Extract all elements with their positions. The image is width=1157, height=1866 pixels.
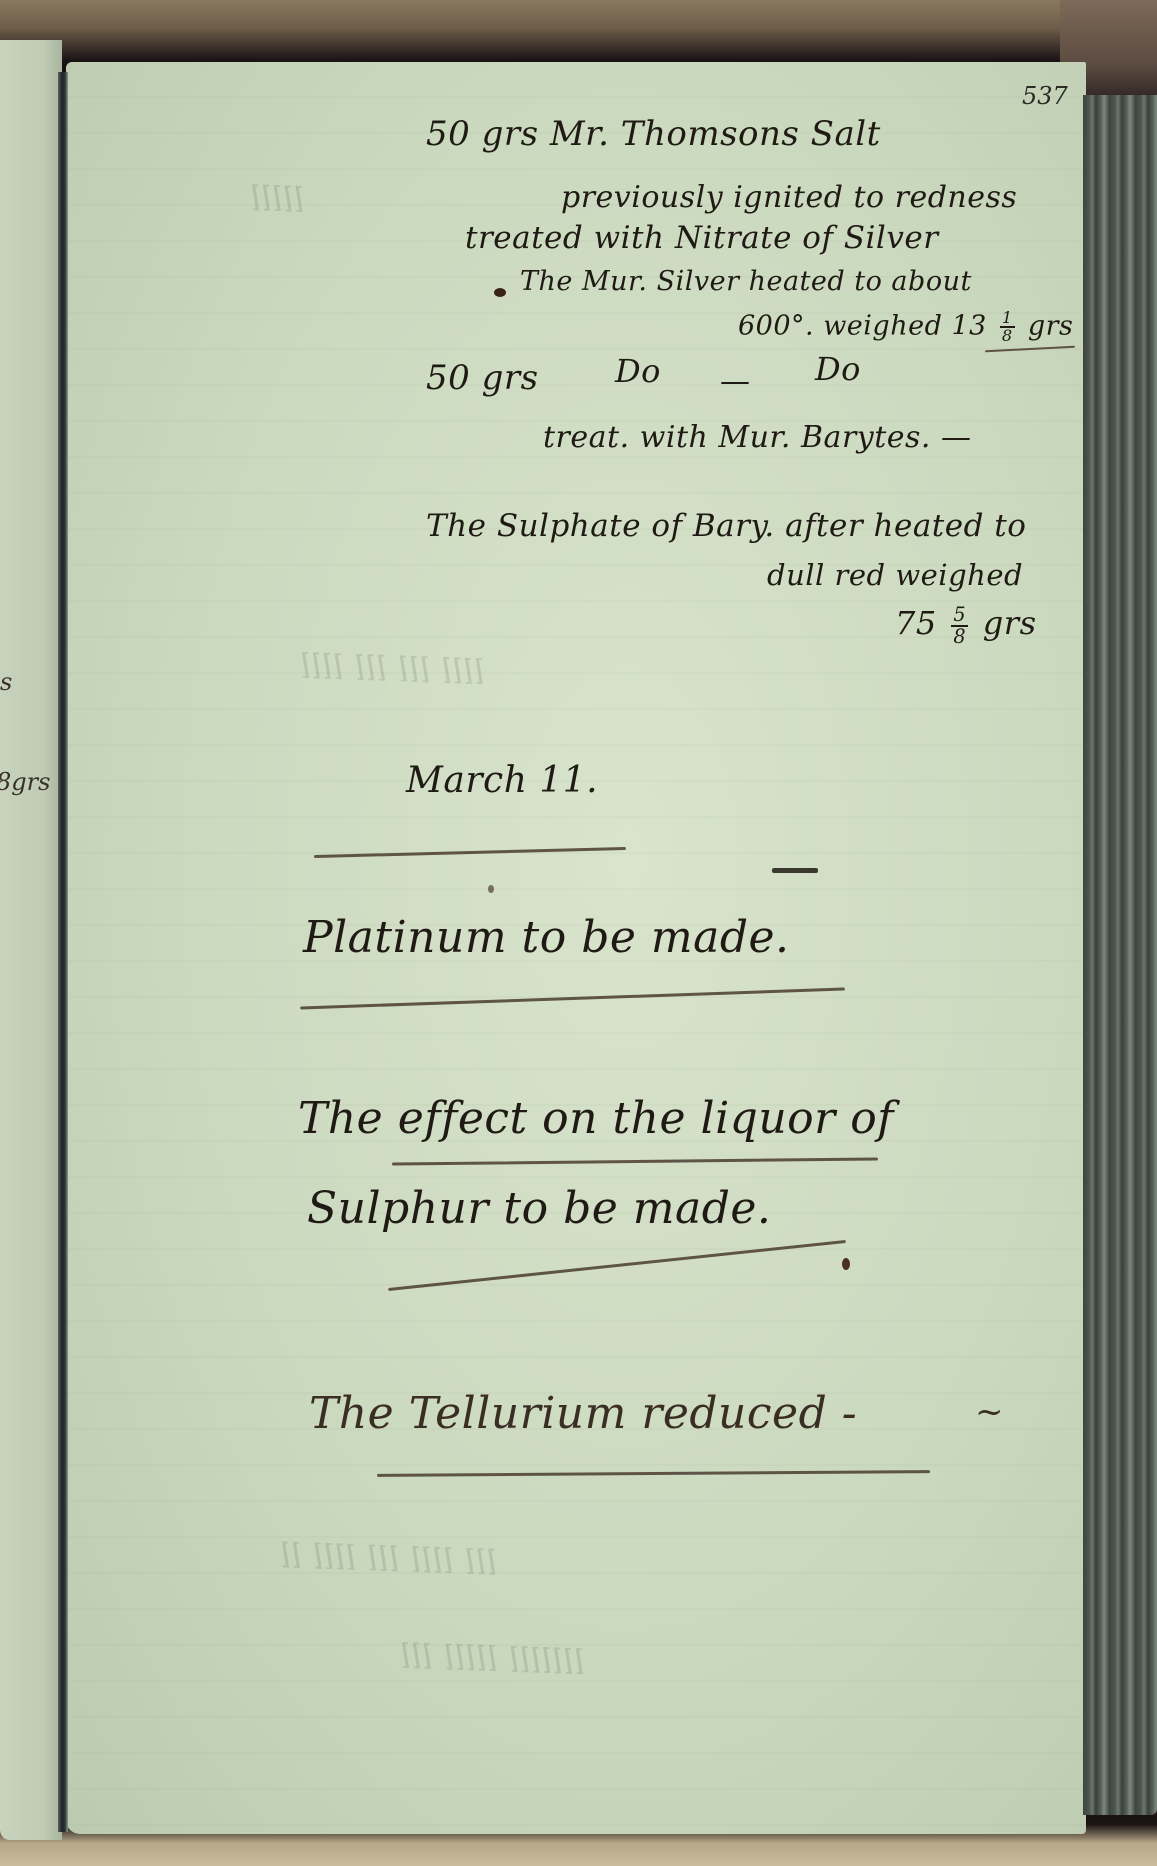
unit: grs — [983, 604, 1037, 642]
entry-line-10: 75 5 8 grs — [895, 604, 1036, 646]
entry-line-14-tail: ~ — [975, 1392, 1004, 1432]
left-page-edge: s 8grs — [0, 40, 62, 1840]
entry-line-6-ditto: Do — [815, 350, 861, 388]
unit: grs — [1028, 311, 1074, 342]
entry-line-6-amount: 50 grs — [426, 358, 539, 398]
ink-blot — [494, 288, 506, 297]
entry-line-7: treat. with Mur. Barytes. — — [543, 420, 972, 455]
entry-line-14: The Tellurium reduced - — [309, 1388, 857, 1439]
fraction: 1 8 — [1000, 310, 1015, 344]
bleed-through-text: lllllll lllll lll — [399, 1637, 585, 1683]
book-gutter — [58, 72, 68, 1832]
entry-line-5-text: 600°. weighed 13 — [738, 311, 987, 342]
entry-line-1: 50 grs Mr. Thomsons Salt — [426, 114, 881, 154]
entry-line-11: Platinum to be made. — [303, 912, 790, 963]
entry-line-6-ditto: Do — [615, 352, 661, 390]
bleed-through-text: lllll — [249, 179, 305, 221]
page-fore-edge — [1083, 95, 1157, 1815]
entry-line-2: previously ignited to redness — [561, 180, 1017, 215]
entry-line-6-dash: — — [720, 364, 751, 399]
bleed-through-text: llll lll lll llll — [299, 647, 485, 693]
entry-line-3: treated with Nitrate of Silver — [465, 220, 939, 256]
entry-line-4: The Mur. Silver heated to about — [520, 266, 972, 297]
page-number: 537 — [1022, 82, 1068, 110]
bleed-through-text: lll llll lll llll ll — [279, 1536, 497, 1584]
entry-line-5: 600°. weighed 13 1 8 grs — [738, 310, 1073, 344]
fraction: 5 8 — [951, 605, 968, 645]
ink-spot — [488, 885, 494, 893]
entry-line-9: dull red weighed — [767, 558, 1023, 592]
entry-line-12: The effect on the liquor of — [298, 1093, 894, 1144]
entry-line-13: Sulphur to be made. — [307, 1183, 771, 1234]
entry-line-8: The Sulphate of Bary. after heated to — [426, 508, 1026, 544]
dash-mark — [772, 868, 818, 873]
entry-line-10-text: 75 — [895, 604, 937, 642]
entry-date: March 11. — [406, 760, 598, 801]
verso-fragment: s — [0, 668, 12, 696]
ink-blot — [842, 1258, 850, 1270]
verso-fragment: 8grs — [0, 768, 50, 796]
